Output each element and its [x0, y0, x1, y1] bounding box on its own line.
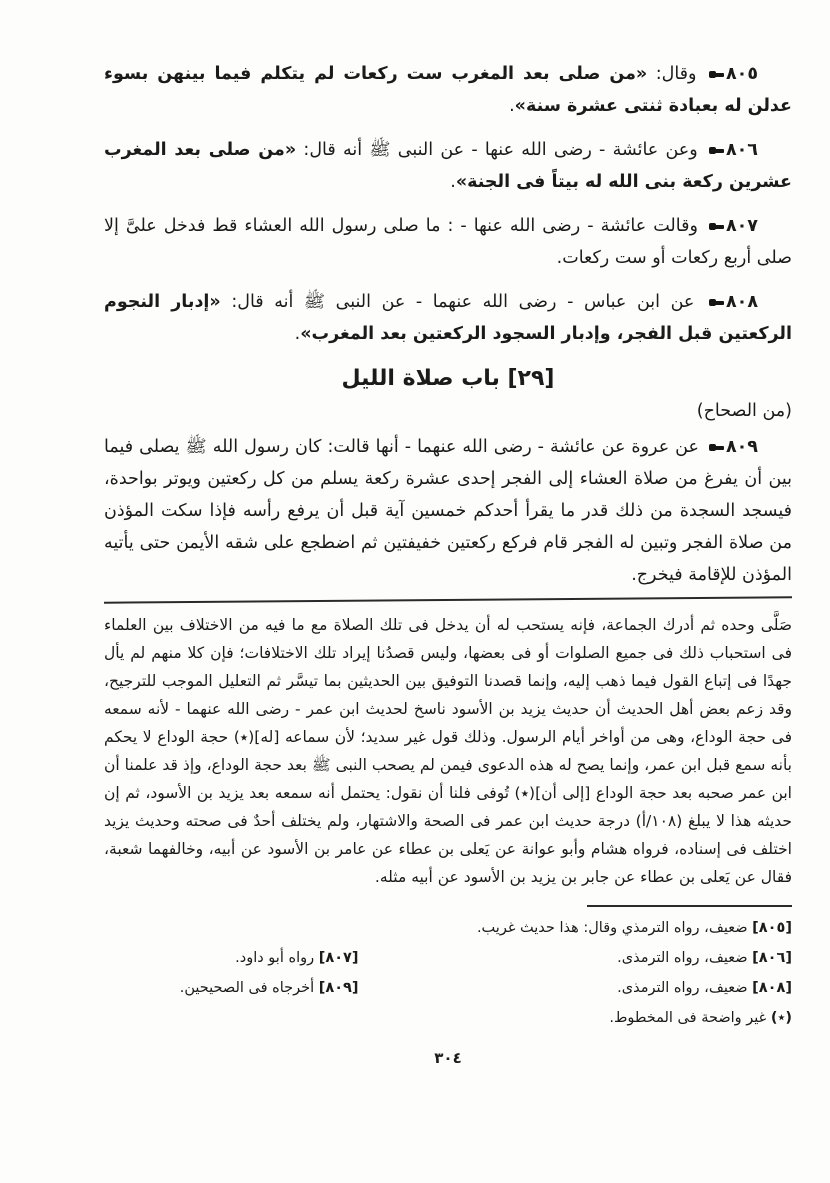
hadith-paragraph-809: ٨٠٩ عن عروة عن عائشة - رضى الله عنهما - …	[104, 431, 792, 591]
footnote-text: ضعيف، رواه الترمذى.	[617, 950, 747, 966]
footnote-item-805: [٨٠٥] ضعيف، رواه الترمذي وقال: هذا حديث …	[104, 913, 792, 943]
footnote-item-809: [٨٠٩] أخرجاه فى الصحيحين.	[104, 973, 359, 1003]
hadith-number: ٨٠٨	[726, 292, 758, 312]
footnote-separator	[587, 905, 792, 907]
footnote-item-star: (٭) غير واضحة فى المخطوط.	[104, 1003, 792, 1033]
footnote-row: (٭) غير واضحة فى المخطوط.	[104, 1003, 792, 1033]
footnote-row: [٨٠٨] ضعيف، رواه الترمذى. [٨٠٩] أخرجاه ف…	[104, 973, 792, 1003]
footnote-item-808: [٨٠٨] ضعيف، رواه الترمذى.	[359, 973, 792, 1003]
footnote-number: [٨٠٦]	[752, 950, 792, 966]
hadith-paragraph-808: ٨٠٨ عن ابن عباس - رضى الله عنهما - عن ال…	[104, 286, 792, 350]
footnote-number: (٭)	[771, 1010, 792, 1026]
page-number: ٣٠٤	[104, 1049, 792, 1067]
hadith-number: ٨٠٩	[726, 437, 758, 457]
footnote-number: [٨٠٨]	[752, 980, 792, 996]
book-page: ٨٠٥ وقال: «من صلى بعد المغرب ست ركعات لم…	[0, 0, 830, 1183]
footnote-number: [٨٠٧]	[319, 950, 359, 966]
commentary-text: صَلَّى وحده ثم أدرك الجماعة، فإنه يستحب …	[104, 611, 792, 891]
hadith-isnad: وعن عائشة - رضى الله عنها - عن النبى ﷺ أ…	[296, 140, 698, 160]
footnote-text: ضعيف، رواه الترمذى.	[617, 980, 747, 996]
hadith-isnad: عن ابن عباس - رضى الله عنهما - عن النبى …	[221, 292, 695, 312]
footnote-item-807: [٨٠٧] رواه أبو داود.	[104, 943, 359, 973]
commentary-section: صَلَّى وحده ثم أدرك الجماعة، فإنه يستحب …	[104, 611, 792, 891]
footnote-text: رواه أبو داود.	[235, 950, 314, 966]
footnote-row: [٨٠٦] ضعيف، رواه الترمذى. [٨٠٧] رواه أبو…	[104, 943, 792, 973]
hadith-paragraph-807: ٨٠٧ وقالت عائشة - رضى الله عنها - : ما ص…	[104, 210, 792, 274]
footnote-item-806: [٨٠٦] ضعيف، رواه الترمذى.	[359, 943, 792, 973]
hadith-paragraph-806: ٨٠٦ وعن عائشة - رضى الله عنها - عن النبى…	[104, 134, 792, 198]
hadith-number: ٨٠٧	[726, 216, 758, 236]
hadith-section: ٨٠٥ وقال: «من صلى بعد المغرب ست ركعات لم…	[104, 58, 792, 591]
hadith-number-ornament	[711, 149, 724, 153]
hadith-number: ٨٠٥	[726, 64, 758, 84]
commentary-separator	[104, 596, 792, 603]
section-subheading: (من الصحاح)	[104, 401, 792, 421]
hadith-text: عن عروة عن عائشة - رضى الله عنهما - أنها…	[104, 437, 792, 585]
hadith-paragraph-805: ٨٠٥ وقال: «من صلى بعد المغرب ست ركعات لم…	[104, 58, 792, 122]
hadith-number: ٨٠٦	[726, 140, 758, 160]
chapter-heading: [٢٩] باب صلاة الليل	[104, 366, 792, 391]
footnote-text: أخرجاه فى الصحيحين.	[180, 980, 314, 996]
hadith-number-ornament	[711, 446, 724, 450]
hadith-isnad: وقال:	[647, 64, 696, 84]
hadith-isnad: وقالت عائشة - رضى الله عنها - : ما صلى ر…	[104, 216, 792, 268]
footnote-text: ضعيف، رواه الترمذي وقال: هذا حديث غريب.	[477, 920, 748, 936]
hadith-number-ornament	[711, 73, 724, 77]
footnote-row: [٨٠٥] ضعيف، رواه الترمذي وقال: هذا حديث …	[104, 913, 792, 943]
footnote-number: [٨٠٥]	[752, 920, 792, 936]
footnote-number: [٨٠٩]	[319, 980, 359, 996]
footnote-text: غير واضحة فى المخطوط.	[609, 1010, 766, 1026]
hadith-number-ornament	[711, 301, 724, 305]
footnotes-section: [٨٠٥] ضعيف، رواه الترمذي وقال: هذا حديث …	[104, 913, 792, 1033]
hadith-number-ornament	[711, 225, 724, 229]
